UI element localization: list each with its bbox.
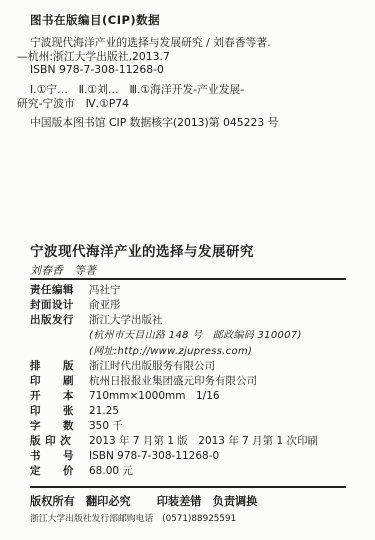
imprint-value: 710mm×1000mm 1/16 (89, 389, 220, 404)
imprint-row-book-number: 书 号 ISBN 978-7-308-11268-0 (30, 449, 361, 464)
imprint-value: 浙江时代出版服务有限公司 (89, 359, 215, 374)
imprint-label: 字 数 (30, 419, 80, 434)
imprint-value: (杭州市天目山路 148 号 邮政编码 310007) (89, 328, 302, 343)
imprint-value: 冯社宁 (89, 283, 121, 298)
imprint-label: 封面设计 (30, 298, 80, 313)
cip-entry-paragraph: 宁波现代海洋产业的选择与发展研究 / 刘春香等著. —杭州:浙江大学出版社,20… (17, 36, 361, 77)
imprint-label: 责任编辑 (30, 283, 80, 298)
imprint-value: 350 千 (89, 419, 123, 434)
imprint-value: (网址:http://www.zjupress.com) (89, 344, 252, 359)
imprint-row-edition: 版 印 次 2013 年 7 月第 1 版 2013 年 7 月第 1 次印刷 (30, 434, 361, 449)
imprint-row-price: 定 价 68.00 元 (30, 464, 361, 479)
horizontal-rule-bottom (30, 486, 346, 488)
imprint-label: 出版发行 (30, 313, 80, 328)
imprint-label: 定 价 (30, 464, 80, 479)
copyright-notice-left: 版权所有 翻印必究 (30, 495, 131, 508)
book-author: 刘春香 等著 (30, 262, 96, 278)
cip-entry-title-line: 宁波现代海洋产业的选择与发展研究 / 刘春香等著. (17, 36, 361, 50)
copyright-notice-right: 印装差错 负责调换 (157, 495, 258, 508)
imprint-value: 21.25 (89, 404, 119, 419)
imprint-label: 版 印 次 (30, 434, 80, 449)
cip-record-number: 中国版本图书馆 CIP 数据核字(2013)第 045223 号 (30, 115, 278, 130)
cip-classification-paragraph: Ⅰ.①宁… Ⅱ.①刘… Ⅲ.①海洋开发-产业发展- 研究-宁波市 Ⅳ.①P74 (17, 83, 361, 110)
imprint-value: 68.00 元 (89, 464, 133, 479)
imprint-row-typesetting: 排 版 浙江时代出版服务有限公司 (30, 359, 361, 374)
imprint-row-publisher-address: (杭州市天目山路 148 号 邮政编码 310007) (30, 328, 361, 344)
imprint-value: 2013 年 7 月第 1 版 2013 年 7 月第 1 次印刷 (89, 434, 318, 449)
cip-entry-isbn-line: ISBN 978-7-308-11268-0 (17, 63, 361, 77)
imprint-value: 浙江大学出版社 (89, 313, 163, 328)
imprint-row-printing: 印 刷 杭州日报报业集团盛元印务有限公司 (30, 374, 361, 389)
horizontal-rule-top (30, 278, 346, 280)
mail-order-label: 浙江大学出版社发行部邮购电话 (30, 514, 153, 524)
imprint-value: 杭州日报报业集团盛元印务有限公司 (89, 374, 257, 389)
cip-class-line-1: Ⅰ.①宁… Ⅱ.①刘… Ⅲ.①海洋开发-产业发展- (17, 83, 361, 97)
mail-order-phone-line: 浙江大学出版社发行部邮购电话(0571)88925591 (30, 511, 236, 524)
imprint-row-cover-design: 封面设计 俞亚彤 (30, 298, 361, 313)
imprint-value: 俞亚彤 (89, 298, 121, 313)
cip-entry-publisher-line: —杭州:浙江大学出版社,2013.7 (17, 50, 361, 64)
book-title: 宁波现代海洋产业的选择与发展研究 (30, 240, 254, 260)
imprint-table: 责任编辑 冯社宁 封面设计 俞亚彤 出版发行 浙江大学出版社 (杭州市天目山路 … (30, 283, 361, 479)
imprint-value: ISBN 978-7-308-11268-0 (89, 449, 219, 464)
phone-number: (0571)88925591 (162, 514, 236, 524)
imprint-row-publisher-website: (网址:http://www.zjupress.com) (30, 344, 361, 360)
imprint-row-format: 开 本 710mm×1000mm 1/16 (30, 389, 361, 404)
imprint-label: 印 刷 (30, 374, 80, 389)
imprint-row-editor: 责任编辑 冯社宁 (30, 283, 361, 298)
imprint-row-publisher: 出版发行 浙江大学出版社 (30, 313, 361, 328)
imprint-label: 开 本 (30, 389, 80, 404)
cip-heading: 图书在版编目(CIP)数据 (30, 12, 160, 28)
imprint-row-word-count: 字 数 350 千 (30, 419, 361, 434)
cip-class-line-2: 研究-宁波市 Ⅳ.①P74 (17, 97, 361, 111)
imprint-label: 排 版 (30, 359, 80, 374)
imprint-row-sheets: 印 张 21.25 (30, 404, 361, 419)
imprint-label: 书 号 (30, 449, 80, 464)
copyright-page: 图书在版编目(CIP)数据 宁波现代海洋产业的选择与发展研究 / 刘春香等著. … (0, 0, 375, 540)
copyright-notice: 版权所有 翻印必究印装差错 负责调换 (30, 493, 257, 509)
imprint-label: 印 张 (30, 404, 80, 419)
